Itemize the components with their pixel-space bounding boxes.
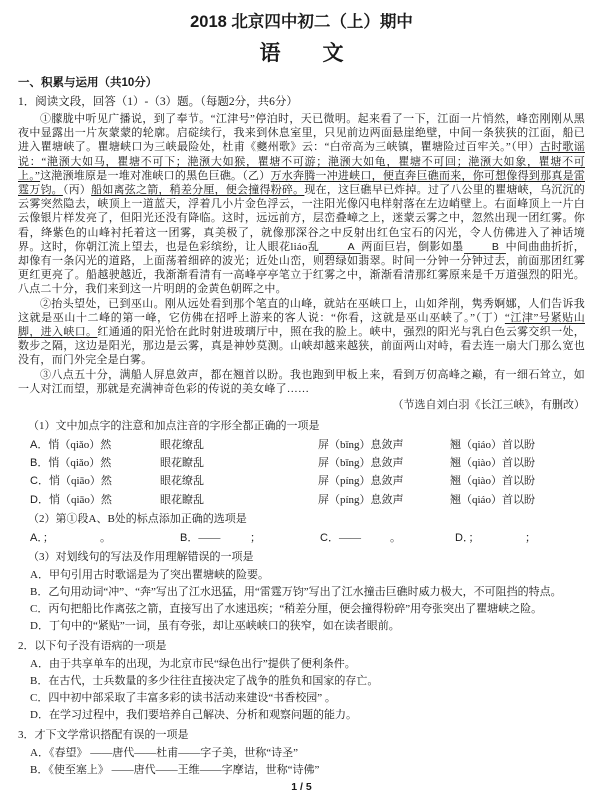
punct-2: 。 bbox=[390, 529, 455, 547]
question-1-1: （1）文中加点字的注意和加点注音的字形全都正确的一项是 A．悄（qiǎo）然 眼… bbox=[18, 418, 585, 509]
option-text: 眼花瞭乱 bbox=[160, 491, 318, 509]
option-label: A． bbox=[30, 532, 43, 544]
punct-1: ； bbox=[43, 532, 54, 544]
option-b: B．在古代，士兵数量的多少往往直接决定了战争的胜负和国家的存亡。 bbox=[30, 673, 585, 690]
option-a: A．《春望》 ——唐代——杜甫——字子美，世称“诗圣” bbox=[30, 745, 585, 762]
option-text: 眼花缭乱 bbox=[160, 436, 318, 454]
exam-title: 2018 北京四中初二（上）期中 bbox=[18, 8, 585, 32]
option-text: 眼花瞭乱 bbox=[160, 454, 318, 472]
option-text: 屏（píng）息敛声 bbox=[318, 491, 450, 509]
option-part1: B．—— bbox=[180, 529, 250, 547]
option-d: D．；； bbox=[455, 529, 585, 547]
passage-text: ②抬头望处，已到巫山。刚从远处看到那个笔直的山峰，就站在巫峡口上，山如斧削，隽秀… bbox=[18, 298, 585, 324]
subject-title: 语 文 bbox=[18, 37, 585, 67]
passage-text: 红通通的阳光恰在此时射进玻璃厅中，照在我的脸上。峡中，强烈的阳光与乳白色云雾交织… bbox=[18, 326, 585, 366]
passage-text: （丙） bbox=[63, 184, 91, 196]
option-text: 翘（qiào）首以盼 bbox=[450, 454, 585, 472]
passage-paragraph-2: ②抬头望处，已到巫山。刚从远处看到那个笔直的山峰，就站在巫峡口上，山如斧削，隽秀… bbox=[18, 297, 585, 368]
option-text: 屏（bǐng）息敛声 bbox=[318, 454, 450, 472]
option-text: 悄（qiāo）然 bbox=[49, 475, 112, 487]
option-part1: C．—— bbox=[320, 529, 390, 547]
question-1-3: （3）对划线句的写法及作用理解错误的一项是 A．甲句引用古时歌谣是为了突出瞿塘峡… bbox=[18, 549, 585, 636]
blank-b: B bbox=[464, 242, 506, 254]
option-c: C．——。 bbox=[320, 529, 455, 547]
option-label: C． bbox=[30, 475, 49, 487]
option-text: 翘（qiào）首以盼 bbox=[450, 472, 585, 490]
passage-paragraph-1: ①朦胧中听见广播说，到了奉节。“江津号”停泊时，天已微明。起来看了一下，江面一片… bbox=[18, 112, 585, 297]
option-label: D． bbox=[455, 532, 468, 544]
option-cell: D．悄（qiāo）然 bbox=[30, 491, 160, 509]
passage-text: 这滟滪堆原是一堆对准峡口的黑色巨礁。（乙） bbox=[40, 170, 270, 182]
punct-1: ； bbox=[468, 532, 479, 544]
question-1-3-header: （3）对划线句的写法及作用理解错误的一项是 bbox=[28, 549, 585, 566]
punct-2: ； bbox=[250, 529, 320, 547]
option-cell: B．悄（qiǎo）然 bbox=[30, 454, 160, 472]
punct-1: —— bbox=[339, 532, 361, 544]
option-a: A．甲句引用古时歌谣是为了突出瞿塘峡的险要。 bbox=[30, 567, 585, 584]
punct-2: 。 bbox=[100, 529, 180, 547]
option-b: B．——； bbox=[180, 529, 320, 547]
punct-1: —— bbox=[198, 532, 220, 544]
option-c: C．四中初中部采取了丰富多彩的读书活动来建设“书香校园” 。 bbox=[30, 690, 585, 707]
option-d: D．丁句中的“紧贴”一词，虽有夸张，却让巫峡峡口的狭窄，如在读者眼前。 bbox=[30, 618, 585, 635]
option-text: 悄（qiǎo）然 bbox=[48, 457, 111, 469]
option-text: 悄（qiāo）然 bbox=[49, 494, 112, 506]
question-2-header: 2．以下句子没有语病的一项是 bbox=[18, 638, 585, 655]
option-label: B． bbox=[30, 457, 48, 469]
option-row-a: A．悄（qiǎo）然 眼花缭乱 屏（bǐng）息敛声 翘（qiáo）首以盼 bbox=[30, 436, 585, 454]
underlined-sentence-bing: 船如离弦之箭，稍差分厘，便会撞得粉碎。 bbox=[91, 184, 304, 196]
option-b: B．《使至塞上》 ——唐代——王维——字摩诘，世称“诗佛” bbox=[30, 762, 585, 779]
passage-text: 两面巨岩，倒影如墨 bbox=[361, 241, 463, 253]
option-row-b: B．悄（qiǎo）然 眼花瞭乱 屏（bǐng）息敛声 翘（qiào）首以盼 bbox=[30, 454, 585, 472]
option-label: B． bbox=[180, 532, 198, 544]
option-text: 屏（bǐng）息敛声 bbox=[318, 436, 450, 454]
option-a: A．由于共享单车的出现，为北京市民“绿色出行”提供了便利条件。 bbox=[30, 656, 585, 673]
exam-page: 2018 北京四中初二（上）期中 语 文 一、积累与运用（共10分） 1．阅读文… bbox=[0, 0, 603, 779]
question-3: 3．才下文学常识搭配有误的一项是 A．《春望》 ——唐代——杜甫——字子美，世称… bbox=[18, 727, 585, 779]
option-c: C．丙句把船比作离弦之箭，直接写出了水速迅疾；“稍差分厘，便会撞得粉碎”用夸张突… bbox=[30, 601, 585, 618]
option-row-d: D．悄（qiāo）然 眼花瞭乱 屏（píng）息敛声 翘（qiáo）首以盼 bbox=[30, 491, 585, 509]
option-a: A．；。 bbox=[30, 529, 180, 547]
question-1-1-header: （1）文中加点字的注意和加点注音的字形全都正确的一项是 bbox=[28, 418, 585, 435]
question-3-header: 3．才下文学常识搭配有误的一项是 bbox=[18, 727, 585, 744]
question-2: 2．以下句子没有语病的一项是 A．由于共享单车的出现，为北京市民“绿色出行”提供… bbox=[18, 638, 585, 725]
punctuation-options-row: A．；。 B．——； C．——。 D．；； bbox=[30, 529, 585, 547]
question-1-2-header: （2）第①段A、B处的标点添加正确的选项是 bbox=[28, 511, 585, 528]
punct-2: ； bbox=[525, 529, 585, 547]
option-label: C． bbox=[320, 532, 339, 544]
option-text: 屏（píng）息敛声 bbox=[318, 472, 450, 490]
option-cell: A．悄（qiǎo）然 bbox=[30, 436, 160, 454]
option-text: 悄（qiǎo）然 bbox=[48, 439, 111, 451]
reading-passage: ①朦胧中听见广播说，到了奉节。“江津号”停泊时，天已微明。起来看了一下，江面一片… bbox=[18, 112, 585, 396]
option-label: A． bbox=[30, 439, 48, 451]
option-d: D．在学习过程中，我们要培养自己解决、分析和观察问题的能力。 bbox=[30, 707, 585, 724]
passage-paragraph-3: ③八点五十分，满船人屏息敛声，都在翘首以盼。我也跑到甲板上来，看到万仞高峰之巅，… bbox=[18, 368, 585, 396]
option-part1: D．； bbox=[455, 529, 525, 547]
blank-a: A bbox=[319, 242, 361, 254]
option-text: 眼花缭乱 bbox=[160, 472, 318, 490]
question-1-intro: 1．阅读文段，回答（1）-（3）题。（每题2分，共6分） bbox=[18, 93, 585, 109]
option-cell: C．悄（qiāo）然 bbox=[30, 472, 160, 490]
passage-text: ①朦胧中听见广播说，到了奉节。“江津号”停泊时，天已微明。起来看了一下，江面一片… bbox=[18, 113, 585, 153]
option-row-c: C．悄（qiāo）然 眼花缭乱 屏（píng）息敛声 翘（qiào）首以盼 bbox=[30, 472, 585, 490]
passage-attribution: （节选自刘白羽《长江三峡》，有删改） bbox=[18, 398, 585, 413]
option-b: B．乙句用动词“冲”、“奔”写出了江水迅猛，用“雷霆万钧”写出了江水撞击巨礁时威… bbox=[30, 584, 585, 601]
question-1-2: （2）第①段A、B处的标点添加正确的选项是 A．；。 B．——； C．——。 D… bbox=[18, 511, 585, 547]
section-heading: 一、积累与运用（共10分） bbox=[18, 74, 585, 90]
page-number: 1 / 5 bbox=[0, 781, 603, 793]
option-text: 翘（qiáo）首以盼 bbox=[450, 491, 585, 509]
option-part1: A．； bbox=[30, 529, 100, 547]
option-text: 翘（qiáo）首以盼 bbox=[450, 436, 585, 454]
option-label: D． bbox=[30, 494, 49, 506]
